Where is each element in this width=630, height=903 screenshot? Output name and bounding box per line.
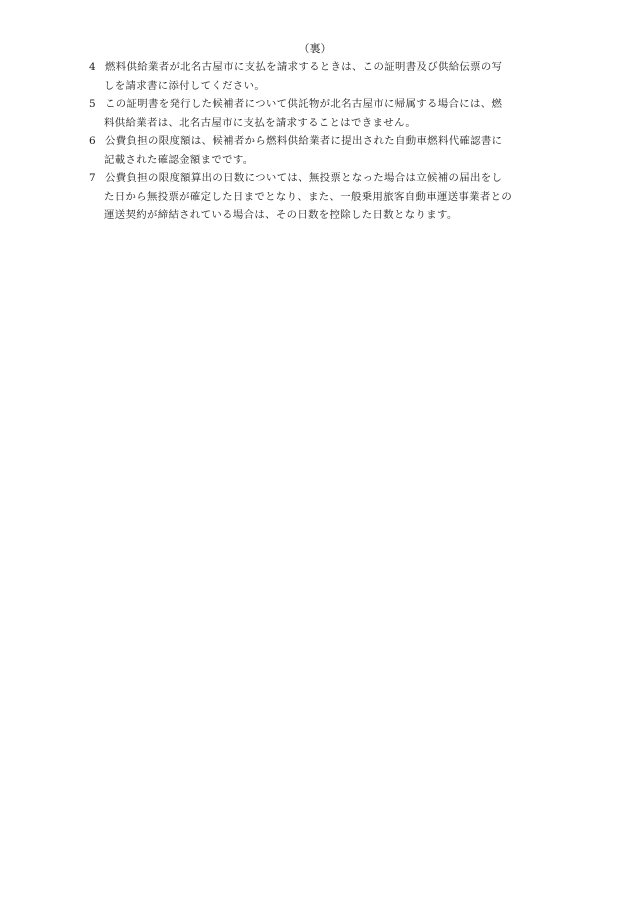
note-number: 7 xyxy=(89,169,101,188)
note-text-line: しを請求書に添付してください。 xyxy=(104,77,551,96)
note-number: 4 xyxy=(89,58,101,77)
note-text-line: 運送契約が締結されている場合は、その日数を控除した日数となります。 xyxy=(104,206,551,225)
note-text-line: この証明書を発行した候補者について供託物が北名古屋市に帰属する場合には、燃 xyxy=(104,95,551,114)
note-text-line: 記載された確認金額までです。 xyxy=(104,151,551,170)
document-page: （裏） 4 燃料供給業者が北名古屋市に支払を請求するときは、この証明書及び供給伝… xyxy=(0,0,630,903)
note-number: 6 xyxy=(89,132,101,151)
note-item-5: 5 この証明書を発行した候補者について供託物が北名古屋市に帰属する場合には、燃 … xyxy=(89,95,551,132)
note-text-line: 公費負担の限度額算出の日数については、無投票となった場合は立候補の届出をし xyxy=(104,169,551,188)
notes-list: 4 燃料供給業者が北名古屋市に支払を請求するときは、この証明書及び供給伝票の写 … xyxy=(89,58,551,225)
note-item-4: 4 燃料供給業者が北名古屋市に支払を請求するときは、この証明書及び供給伝票の写 … xyxy=(89,58,551,95)
note-text-line: た日から無投票が確定した日までとなり、また、一般乗用旅客自動車運送事業者との xyxy=(104,188,551,207)
note-text-line: 料供給業者は、北名古屋市に支払を請求することはできません。 xyxy=(104,114,551,133)
note-text-line: 燃料供給業者が北名古屋市に支払を請求するときは、この証明書及び供給伝票の写 xyxy=(104,58,551,77)
note-item-7: 7 公費負担の限度額算出の日数については、無投票となった場合は立候補の届出をし … xyxy=(89,169,551,225)
note-item-6: 6 公費負担の限度額は、候補者から燃料供給業者に提出された自動車燃料代確認書に … xyxy=(89,132,551,169)
page-side-heading: （裏） xyxy=(0,41,630,57)
note-number: 5 xyxy=(89,95,101,114)
note-text-line: 公費負担の限度額は、候補者から燃料供給業者に提出された自動車燃料代確認書に xyxy=(104,132,551,151)
